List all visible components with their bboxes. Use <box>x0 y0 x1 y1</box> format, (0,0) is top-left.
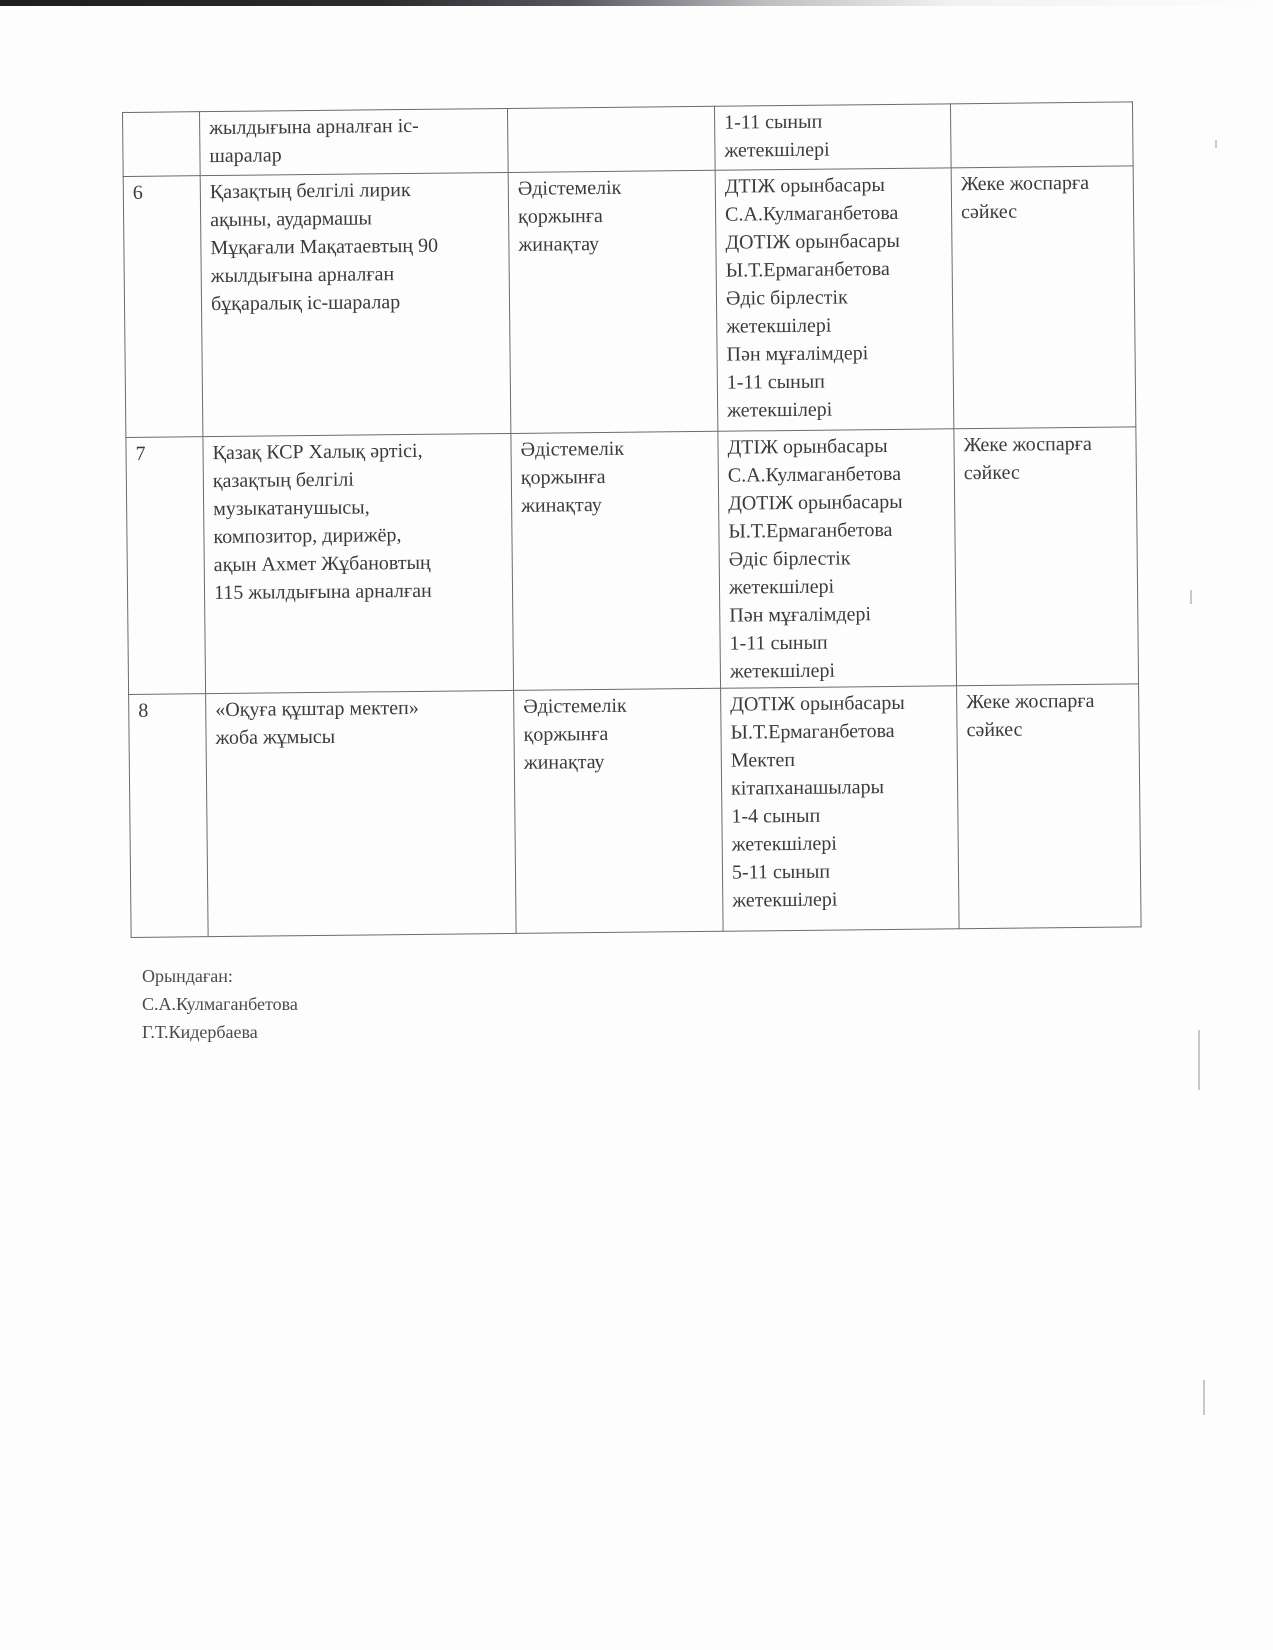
cell-text-line: ДТІЖ орынбасары <box>725 170 943 200</box>
cell-text-line: Ы.Т.Ермаганбетова <box>728 515 946 545</box>
timing-cell: Жеке жоспарғасәйкес <box>954 427 1139 686</box>
cell-text-line: шаралар <box>209 139 499 170</box>
cell-text-line: 1-11 сынып <box>724 106 942 136</box>
cell-text-line: сәйкес <box>961 197 1125 227</box>
event-cell: «Оқуға құштар мектеп»жоба жұмысы <box>206 690 517 936</box>
cell-text-line: 5-11 сынып <box>732 856 950 886</box>
cell-text-line: ДОТІЖ орынбасары <box>730 688 948 718</box>
cell-text-line: жинақтау <box>521 490 710 520</box>
cell-text-line: ДОТІЖ орынбасары <box>725 226 943 256</box>
scan-artifact <box>1203 1380 1205 1415</box>
event-cell: жылдығына арналған іс-шаралар <box>200 108 509 175</box>
signatory-name: Г.Т.Кидербаева <box>142 1018 298 1046</box>
cell-text-line: Қазақтың белгілі лирик <box>210 175 500 206</box>
cell-text-line: 115 жылдығына арналған <box>214 576 504 607</box>
cell-text-line: қоржынға <box>518 201 707 231</box>
row-number-cell: 7 <box>126 437 206 695</box>
cell-text-line: Мектеп <box>731 744 949 774</box>
cell-text-line: ДОТІЖ орынбасары <box>728 487 946 517</box>
cell-text-line: Әдістемелік <box>518 173 707 203</box>
timing-cell <box>950 102 1133 168</box>
responsible-cell: ДТІЖ орынбасарыС.А.КулмаганбетоваДОТІЖ о… <box>715 168 954 431</box>
cell-text-line: жетекшілері <box>727 394 945 424</box>
timing-cell: Жеке жоспарғасәйкес <box>957 684 1142 929</box>
table-row: 7Қазақ КСР Халық әртісі,қазақтың белгілі… <box>126 427 1139 695</box>
cell-text-line: Әдістемелік <box>520 434 709 464</box>
cell-text-line: Әдіс бірлестік <box>726 282 944 312</box>
cell-text-line: сәйкес <box>964 457 1128 487</box>
cell-text-line: жылдығына арналған іс- <box>209 111 499 142</box>
timing-cell: Жеке жоспарғасәйкес <box>951 166 1136 429</box>
cell-text-line: қазақтың белгілі <box>213 464 503 495</box>
cell-text-line: Қазақ КСР Халық әртісі, <box>212 436 502 467</box>
cell-text-line: жоба жұмысы <box>215 721 505 752</box>
cell-text-line: С.А.Кулмаганбетова <box>728 459 946 489</box>
event-cell: Қазақтың белгілі лирикақыны, аудармашыМұ… <box>200 172 511 436</box>
cell-text-line: Пән мұғалімдері <box>729 599 947 629</box>
cell-text-line: Ы.Т.Ермаганбетова <box>730 716 948 746</box>
row-number-cell: 8 <box>129 694 209 938</box>
cell-text-line: 1-4 сынып <box>731 800 949 830</box>
cell-text-line: жетекшілері <box>726 310 944 340</box>
row-number-cell <box>123 112 201 177</box>
cell-text-line: сәйкес <box>966 714 1130 744</box>
responsible-cell: ДОТІЖ орынбасарыЫ.Т.ЕрмаганбетоваМектепк… <box>721 686 960 931</box>
cell-text-line: жетекшілері <box>732 828 950 858</box>
signatory-name: С.А.Кулмаганбетова <box>142 990 298 1018</box>
cell-text-line: 1-11 сынып <box>729 627 947 657</box>
cell-text-line: бұқаралық іс-шаралар <box>211 287 501 318</box>
cell-text-line: Пән мұғалімдері <box>726 338 944 368</box>
cell-text-line: «Оқуға құштар мектеп» <box>215 693 505 724</box>
cell-text-line: жетекшілері <box>732 884 950 914</box>
cell-text-line: жетекшілері <box>724 134 942 164</box>
form-cell: Әдістемелікқоржынғажинақтау <box>508 170 718 433</box>
form-cell <box>507 106 715 172</box>
cell-text-line: Жеке жоспарға <box>963 429 1127 459</box>
cell-text-line: Ы.Т.Ермаганбетова <box>726 254 944 284</box>
cell-text-line: қоржынға <box>523 719 712 749</box>
form-cell: Әдістемелікқоржынғажинақтау <box>511 431 721 690</box>
cell-text-line: жетекшілері <box>729 571 947 601</box>
scan-edge-shadow <box>0 0 1273 6</box>
cell-text-line: 1-11 сынып <box>727 366 945 396</box>
row-number-cell: 6 <box>123 176 203 438</box>
cell-text-line: ДТІЖ орынбасары <box>727 431 945 461</box>
responsible-cell: ДТІЖ орынбасарыС.А.КулмаганбетоваДОТІЖ о… <box>718 429 957 688</box>
cell-text-line: музыкатанушысы, <box>213 492 503 523</box>
cell-text-line: жинақтау <box>524 747 713 777</box>
cell-text-line: Жеке жоспарға <box>966 686 1130 716</box>
cell-text-line: жетекшілері <box>730 655 948 685</box>
cell-text-line: кітапханашылары <box>731 772 949 802</box>
cell-text-line: Әдіс бірлестік <box>729 543 947 573</box>
cell-text-line: Мұқағали Мақатаевтың 90 <box>210 231 500 262</box>
table-row: жылдығына арналған іс-шаралар1-11 сыныпж… <box>123 102 1134 177</box>
event-cell: Қазақ КСР Халық әртісі,қазақтың белгілім… <box>203 433 514 693</box>
scan-artifact <box>1198 1030 1200 1090</box>
cell-text-line: жинақтау <box>518 229 707 259</box>
signature-label: Орындаған: <box>142 962 298 990</box>
cell-text-line: С.А.Кулмаганбетова <box>725 198 943 228</box>
cell-text-line: композитор, дирижёр, <box>213 520 503 551</box>
scan-artifact <box>1215 140 1217 148</box>
table-row: 6Қазақтың белгілі лирикақыны, аудармашыМ… <box>123 166 1136 438</box>
form-cell: Әдістемелікқоржынғажинақтау <box>514 688 724 933</box>
cell-text-line: Әдістемелік <box>523 691 712 721</box>
cell-text-line: ақыны, аудармашы <box>210 203 500 234</box>
cell-text-line: қоржынға <box>521 462 710 492</box>
table-row: 8«Оқуға құштар мектеп»жоба жұмысыӘдістем… <box>129 684 1141 938</box>
responsible-cell: 1-11 сыныпжетекшілері <box>714 104 951 170</box>
scan-artifact <box>1190 590 1192 604</box>
cell-text-line: жылдығына арналған <box>211 259 501 290</box>
cell-text-line: ақын Ахмет Жұбановтың <box>214 548 504 579</box>
signature-block: Орындаған: С.А.Кулмаганбетова Г.Т.Кидерб… <box>142 962 298 1046</box>
events-plan-table: жылдығына арналған іс-шаралар1-11 сыныпж… <box>122 101 1142 938</box>
cell-text-line: Жеке жоспарға <box>961 169 1125 199</box>
